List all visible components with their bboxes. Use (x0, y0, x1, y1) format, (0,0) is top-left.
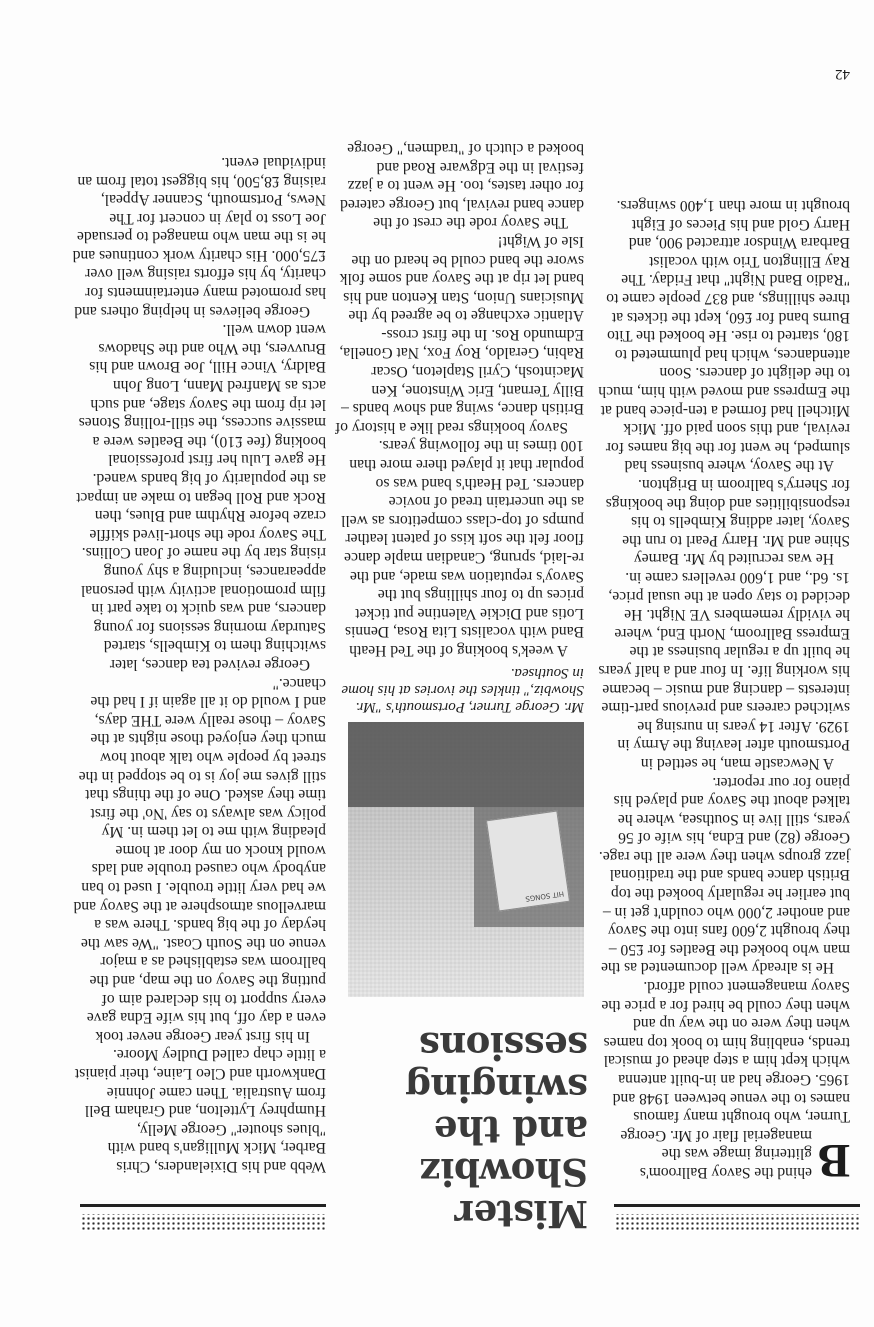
photo-caption: Mr. George Turner, Portsmouth's "Mr. Sho… (334, 664, 584, 715)
hatched-bar (80, 1214, 326, 1231)
article-column-1: Behind the Savoy Ballroom's glittering i… (596, 196, 850, 1181)
column-1-header-rule (614, 1204, 860, 1231)
headline: Mister Showbiz and the swinging sessions (328, 1025, 588, 1235)
photo-george-turner-piano: HIT SONGS (348, 722, 584, 997)
article-paragraph: He is already well documented as the man… (596, 772, 850, 977)
page-number: 42 (835, 65, 850, 82)
article-paragraph: George revived tea dances, later switchi… (72, 320, 326, 673)
article-paragraph: Behind the Savoy Ballroom's glittering i… (596, 976, 850, 1181)
sheet-music: HIT SONGS (486, 810, 570, 911)
drop-cap: B (818, 1141, 850, 1179)
article-paragraph: In his first year George never took even… (72, 673, 326, 1045)
article-paragraph: The Savoy rode the crest of the dance ba… (334, 138, 584, 231)
solid-rule (614, 1204, 860, 1207)
article-paragraph: Webb and his Dixielanders, Chris Barber,… (72, 1045, 326, 1175)
hatched-bar (614, 1214, 860, 1231)
article-paragraph: He was recruited by Mr. Barney Shine and… (596, 474, 850, 567)
article-paragraph: Savoy bookings read like a history of Br… (334, 231, 584, 436)
piano-body (348, 722, 584, 807)
solid-rule (80, 1204, 326, 1207)
magazine-page: Behind the Savoy Ballroom's glittering i… (0, 0, 874, 1327)
article-column-2: A week's booking of the Ted Heath Band w… (334, 138, 584, 659)
article-column-3: Webb and his Dixielanders, Chris Barber,… (72, 152, 326, 1175)
article-paragraph: A week's booking of the Ted Heath Band w… (334, 436, 584, 659)
article-paragraph: George believes in helping others and ha… (72, 152, 326, 319)
article-paragraph: A Newcastle man, he settled in Portsmout… (596, 567, 850, 772)
column-3-header-rule (80, 1204, 326, 1231)
article-paragraph: At the Savoy, where business had slumped… (596, 196, 850, 475)
